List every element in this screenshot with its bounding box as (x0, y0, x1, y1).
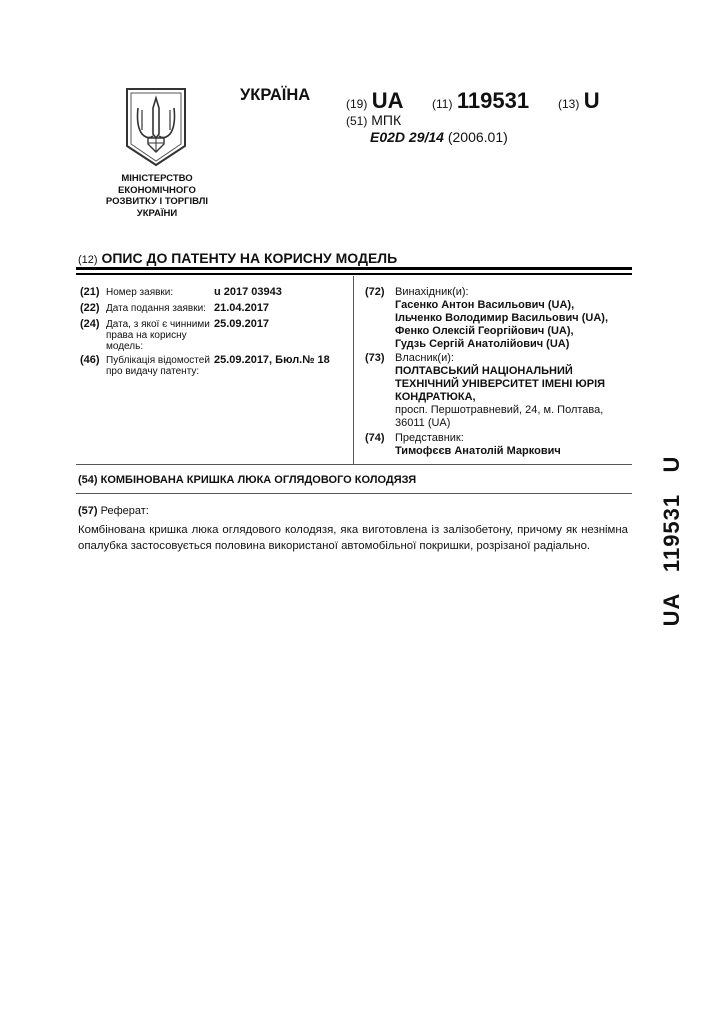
ministry-line: РОЗВИТКУ І ТОРГІВЛІ (96, 196, 218, 208)
inventor-name: Фенко Олексій Георгійович (UA), (395, 325, 635, 338)
divider (76, 267, 632, 270)
field-label: Номер заявки: (106, 287, 216, 298)
ipc-version: (2006.01) (448, 129, 508, 145)
field-code: (54) (78, 474, 98, 486)
owner-label: Власник(и): (395, 352, 627, 365)
field-code: (46) (80, 355, 100, 366)
owner-name: ПОЛТАВСЬКИЙ НАЦІОНАЛЬНИЙ ТЕХНІЧНИЙ УНІВЕ… (395, 365, 627, 404)
ipc-classification: E02D 29/14 (2006.01) (370, 129, 508, 145)
inventor-name: Гасенко Антон Васильович (UA), (395, 299, 635, 312)
field-code: (24) (80, 319, 100, 330)
field-label: Дата, з якої є чинними права на корисну … (106, 319, 216, 352)
inventors-label: Винахідник(и): (395, 286, 635, 299)
title-text: ОПИС ДО ПАТЕНТУ НА КОРИСНУ МОДЕЛЬ (101, 250, 397, 266)
ipc-label: МПК (371, 112, 401, 128)
field-label: Публікація відомостей про видачу патенту… (106, 355, 216, 377)
representative-label: Представник: (395, 432, 635, 445)
document-kind: U (584, 88, 600, 113)
document-title: (12) ОПИС ДО ПАТЕНТУ НА КОРИСНУ МОДЕЛЬ (78, 250, 397, 266)
abstract-text: Комбінована кришка люка оглядового колод… (78, 522, 628, 554)
coat-of-arms-icon (124, 86, 188, 168)
ministry-line: ЕКОНОМІЧНОГО (96, 185, 218, 197)
application-number: u 2017 03943 (214, 287, 282, 298)
field-label: Дата подання заявки: (106, 303, 216, 314)
country-name: УКРАЇНА (240, 86, 310, 105)
divider (76, 464, 632, 465)
filing-date: 21.04.2017 (214, 303, 269, 314)
divider (76, 493, 632, 494)
effective-date: 25.09.2017 (214, 319, 269, 330)
abstract-header: (57) Реферат: (78, 505, 149, 517)
field-code: (11) (432, 97, 452, 111)
field-code: (57) (78, 505, 98, 517)
field-code: (21) (80, 287, 100, 298)
country-code: UA (372, 88, 404, 113)
field-code: (72) (365, 286, 385, 299)
ipc-class: E02D 29/14 (370, 129, 444, 145)
field-code: (73) (365, 352, 385, 365)
field-13: (13) U (558, 88, 600, 114)
field-code: (13) (558, 97, 579, 111)
ministry-name: МІНІСТЕРСТВО ЕКОНОМІЧНОГО РОЗВИТКУ І ТОР… (96, 173, 218, 219)
patent-number: 119531 (457, 88, 529, 113)
side-label-text: UA 119531 U (659, 456, 685, 627)
invention-title: (54) КОМБІНОВАНА КРИШКА ЛЮКА ОГЛЯДОВОГО … (78, 474, 416, 486)
publication-info: 25.09.2017, Бюл.№ 18 (214, 355, 330, 366)
abstract-label: Реферат: (101, 505, 149, 517)
field-code: (51) (346, 114, 367, 128)
ministry-line: УКРАЇНИ (96, 208, 218, 220)
field-19: (19) UA (346, 88, 404, 114)
column-divider (353, 276, 354, 464)
owner-address: просп. Першотравневий, 24, м. Полтава, 3… (395, 404, 627, 430)
ministry-line: МІНІСТЕРСТВО (96, 173, 218, 185)
invention-title-text: КОМБІНОВАНА КРИШКА ЛЮКА ОГЛЯДОВОГО КОЛОД… (101, 474, 417, 486)
field-11: (11) 119531 (432, 88, 529, 114)
field-code: (19) (346, 97, 367, 111)
inventor-name: Гудзь Сергій Анатолійович (UA) (395, 338, 635, 351)
field-code: (12) (78, 254, 98, 266)
representative-name: Тимофєєв Анатолій Маркович (395, 445, 635, 458)
inventor-name: Ільченко Володимир Васильович (UA), (395, 312, 635, 325)
field-code: (22) (80, 303, 100, 314)
divider (76, 273, 632, 275)
field-51: (51) МПК (346, 112, 401, 128)
field-code: (74) (365, 432, 385, 445)
side-label: UA 119531 U (652, 456, 692, 626)
